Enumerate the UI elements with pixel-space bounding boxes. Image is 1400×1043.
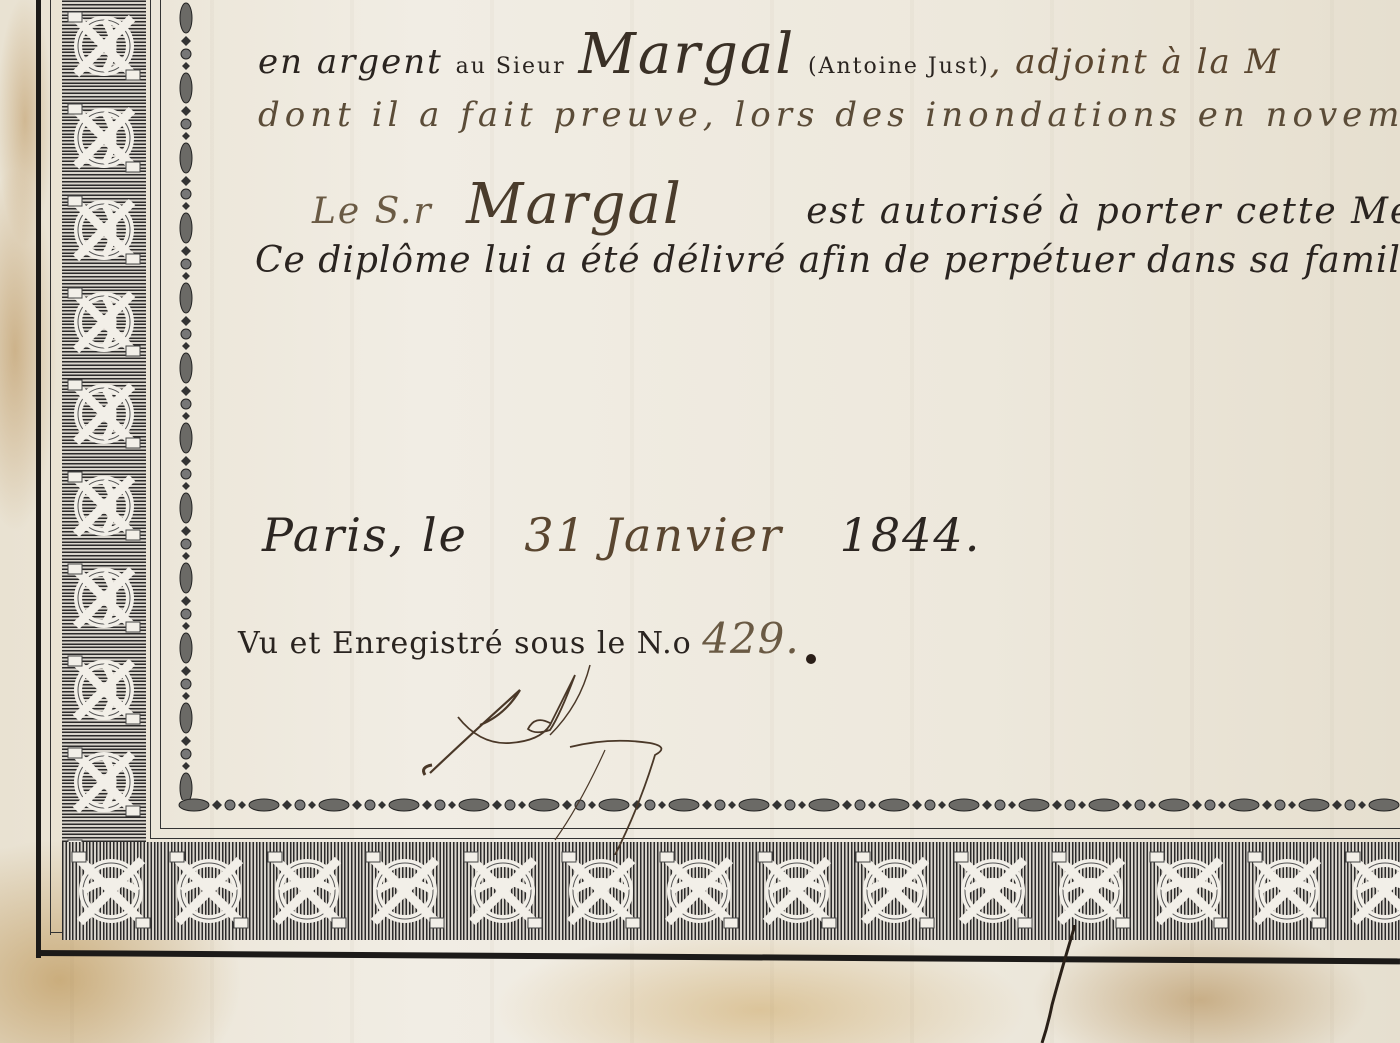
recipient-given-names: (Antoine Just) <box>808 54 990 79</box>
date-month: Janvier <box>604 508 783 562</box>
ink-blot <box>806 654 816 664</box>
inner-frame-line-outer-h <box>150 838 1400 839</box>
inner-frame-line-inner-h <box>160 828 1400 829</box>
border-thin-line-left <box>50 0 51 935</box>
inner-frame-line-outer-v <box>150 0 151 838</box>
registration-number: 429. <box>702 614 800 663</box>
recipient-role: , adjoint à la M <box>990 42 1282 82</box>
inner-frame-line-inner-v <box>160 0 161 828</box>
braided-knot-band-bottom-icon <box>62 842 1400 940</box>
date-line: Paris, le 31 Janvier 1844. <box>262 508 981 562</box>
award-prefix: en argent <box>258 42 443 82</box>
text-line-award: en argent au Sieur Margal (Antoine Just)… <box>258 22 1281 87</box>
text-line-purpose: Ce diplôme lui a été délivré afin de per… <box>255 240 1400 281</box>
authorization-name: Margal <box>466 172 683 237</box>
paper-crack <box>1030 925 1090 1043</box>
date-day: 31 <box>524 508 587 562</box>
signature-icon <box>410 655 700 855</box>
date-place: Paris, le <box>262 508 468 562</box>
text-line-authorization: Le S.r Margal est autorisé à porter cett… <box>312 172 1400 237</box>
recipient-name: Margal <box>579 22 796 87</box>
outer-border-rule-left <box>36 0 41 958</box>
beaded-chain-bottom-icon <box>176 795 1400 815</box>
braided-knot-band-icon <box>62 0 146 842</box>
beaded-chain-icon <box>176 0 196 800</box>
award-recipient-title: au Sieur <box>456 54 566 79</box>
authorization-prefix: Le S.r <box>312 191 433 232</box>
date-year: 1844. <box>840 508 982 562</box>
authorization-text: est autorisé à porter cette Méda <box>806 191 1400 232</box>
text-line-reason: dont il a fait preuve, lors des inondati… <box>258 95 1400 135</box>
